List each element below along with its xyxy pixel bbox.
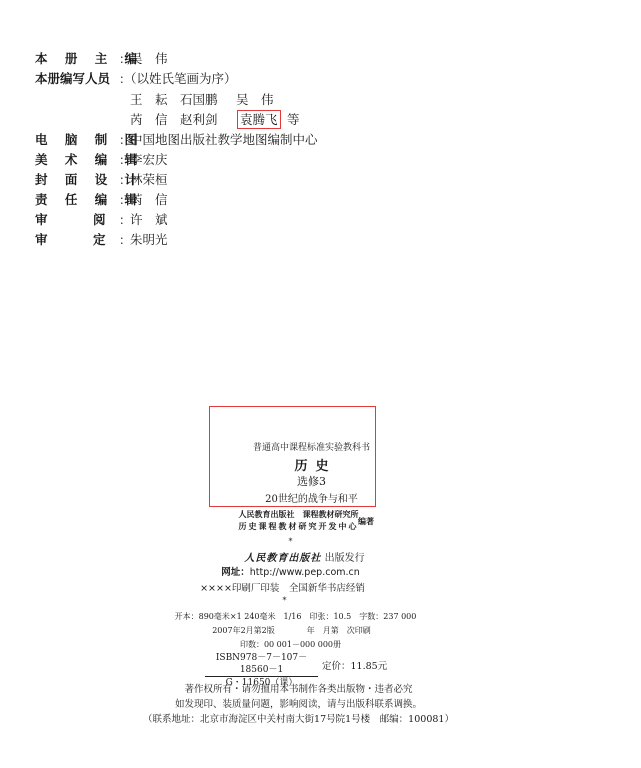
price: 定价：11.85元 [322,658,387,672]
credit-label: 美 术 编 辑 [35,151,123,169]
author-name: 王 耘 [130,91,168,109]
credit-label: 责 任 编 辑 [35,191,123,209]
compilers-line-2: 历史课程教材研究开发中心 [0,521,619,532]
edition-line: 2007年2月第2版 年 月第 次印刷 [0,625,612,636]
credit-value: 芮 信 [130,191,168,209]
compilers-line-1: 人民教育出版社 课程教材研究所 [0,509,619,520]
website-link[interactable]: http://www.pep.com.cn [250,567,360,578]
book-title: 20世纪的战争与和平 [0,490,632,505]
website-line: 网址：http://www.pep.com.cn [0,564,611,578]
separator: * [0,537,611,546]
publisher-logo: 人民教育出版社 [244,553,321,564]
compilers-role: 编著 [358,516,374,527]
credit-label: 本 册 主 编 [35,50,123,68]
name-highlight-box [237,110,281,129]
author-name: 吴 伟 [236,91,274,109]
credit-value: 中国地图出版社教学地图编制中心 [130,131,318,149]
print-count: 印数：00 001－000 000册 [0,639,611,650]
quality-notice: 如发现印、装质量问题，影响阅读，请与出版科联系调换。 [0,696,619,710]
format-line: 开本：890毫米×1 240毫米 1/16 印张：10.5 字数：237 000 [0,611,616,622]
author-name: 石国鹏 [180,91,218,109]
credit-label: 封 面 设 计 [35,171,123,189]
credit-value: 许 斌 [130,211,168,229]
credit-value: 李宏庆 [130,151,168,169]
credit-label: 电 脑 制 图 [35,131,123,149]
elective-label: 选修3 [0,473,632,489]
author-etc: 等 [287,111,300,129]
publisher-role: 出版发行 [325,553,365,564]
printer-line: ××××印刷厂印装 全国新华书店经销 [0,580,603,594]
isbn: ISBN978－7－107－18560－1 [205,652,318,677]
credit-label: 本册编写人员 [35,70,123,88]
credit-label: 审 定 [35,231,123,249]
author-name: 赵利剑 [180,111,218,129]
contact-address: （联系地址：北京市海淀区中关村南大街17号院1号楼 邮编：100081） [0,711,619,725]
credit-value: 林荣桓 [130,171,168,189]
author-name: 芮 信 [130,111,168,129]
publisher-line: 人民教育出版社 出版发行 [0,549,625,564]
website-label: 网址： [221,567,250,578]
copyright-notice: 著作权所有・请勿擅用本书制作各类出版物・违者必究 [0,681,619,695]
subject-title: 历史 [0,455,636,474]
separator-2: * [0,596,605,605]
series-title: 普通高中课程标准实验教科书 [0,440,632,453]
credit-label: 审 阅 [35,211,123,229]
credit-value: （以姓氏笔画为序） [124,70,237,88]
credit-value: 朱明光 [130,231,168,249]
credit-value: 吴 伟 [130,50,168,68]
